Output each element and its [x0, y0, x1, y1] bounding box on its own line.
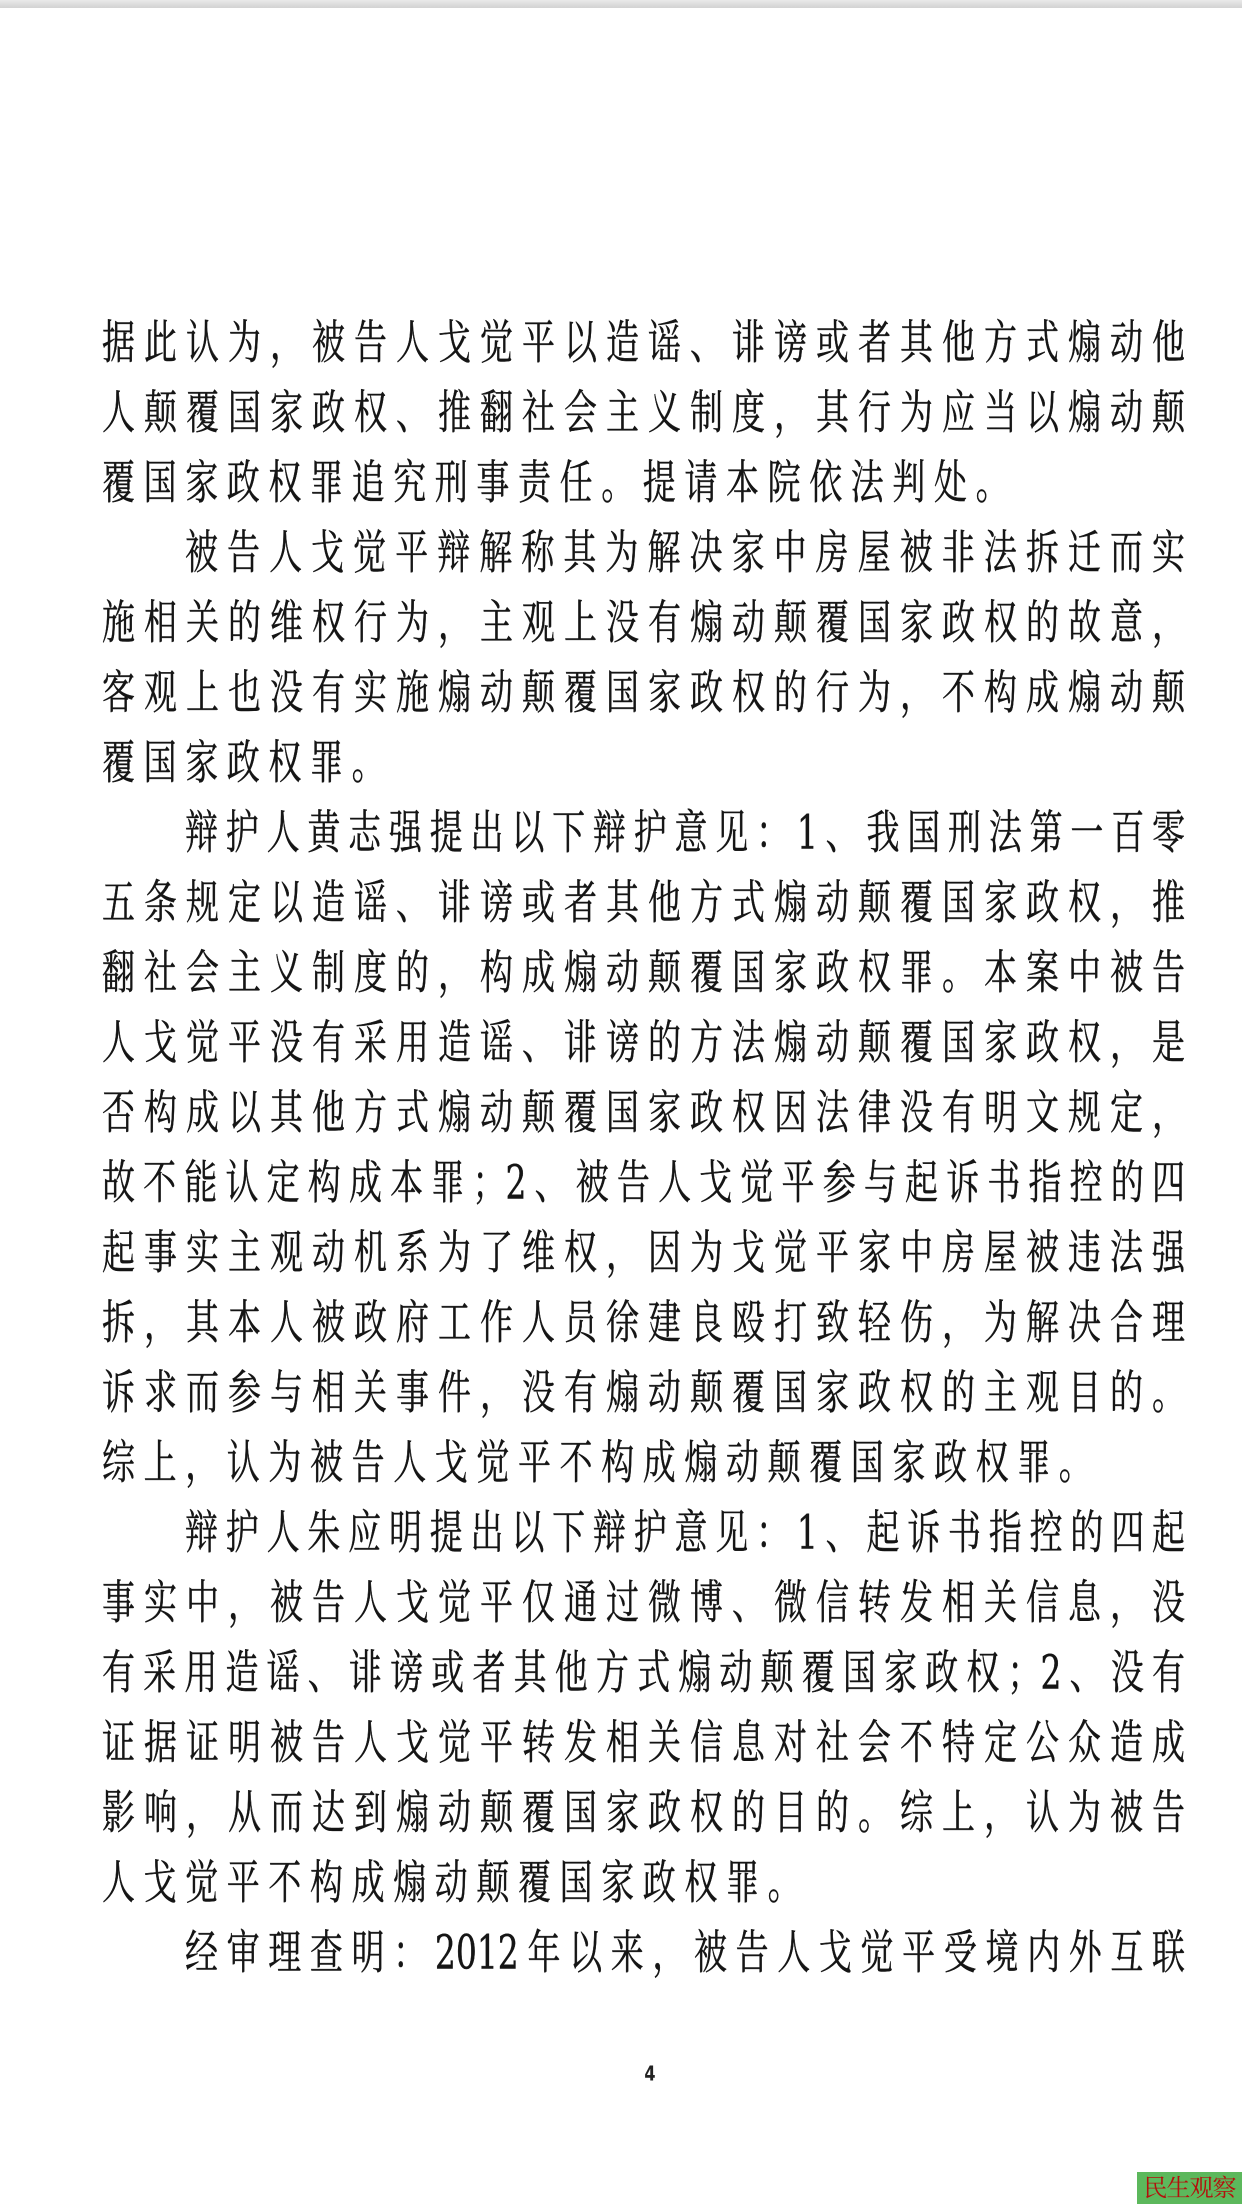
paragraph-defense-huang-line-5: 否构成以其他方式煽动颠覆国家政权因法律没有明文规定，	[102, 1078, 1185, 1149]
paragraph-defense-zhu-line-6: 人戈觉平不构成煽动颠覆国家政权罪。	[102, 1848, 1185, 1919]
paragraph-defendant-line-2: 施相关的维权行为，主观上没有煽动颠覆国家政权的故意，	[102, 588, 1185, 659]
paragraph-defense-huang-line-2: 五条规定以造谣、诽谤或者其他方式煽动颠覆国家政权，推	[102, 868, 1185, 939]
paragraph-defense-huang-line-7: 起事实主观动机系为了维权，因为戈觉平家中房屋被违法强	[102, 1218, 1185, 1289]
paragraph-defense-zhu-line-4: 证据证明被告人戈觉平转发相关信息对社会不特定公众造成	[102, 1708, 1185, 1779]
paragraph-defense-huang-line-8: 拆，其本人被政府工作人员徐建良殴打致轻伤，为解决合理	[102, 1288, 1185, 1359]
paragraph-defense-zhu-line-1: 辩护人朱应明提出以下辩护意见：1、起诉书指控的四起	[185, 1498, 1185, 1569]
paragraph-defendant-line-4: 覆国家政权罪。	[102, 728, 1185, 799]
paragraph-prosecution-line-2: 人颠覆国家政权、推翻社会主义制度，其行为应当以煽动颠	[102, 378, 1185, 449]
paragraph-defense-huang-line-3: 翻社会主义制度的，构成煽动颠覆国家政权罪。本案中被告	[102, 938, 1185, 1009]
page-number: 4	[642, 2062, 658, 2087]
paragraph-defendant-line-3: 客观上也没有实施煽动颠覆国家政权的行为，不构成煽动颠	[102, 658, 1185, 729]
paragraph-defense-huang-line-4: 人戈觉平没有采用造谣、诽谤的方法煽动颠覆国家政权，是	[102, 1008, 1185, 1079]
paragraph-defense-huang-line-1: 辩护人黄志强提出以下辩护意见：1、我国刑法第一百零	[185, 798, 1185, 869]
paragraph-prosecution-line-1: 据此认为，被告人戈觉平以造谣、诽谤或者其他方式煽动他	[102, 308, 1185, 379]
paragraph-findings-line-1: 经审理查明：2012年以来，被告人戈觉平受境内外互联	[185, 1918, 1185, 1989]
paragraph-defense-huang-line-9: 诉求而参与相关事件，没有煽动颠覆国家政权的主观目的。	[102, 1358, 1185, 1429]
paragraph-defense-zhu-line-2: 事实中，被告人戈觉平仅通过微博、微信转发相关信息，没	[102, 1568, 1185, 1639]
paragraph-defense-huang-line-6: 故不能认定构成本罪；2、被告人戈觉平参与起诉书指控的四	[102, 1148, 1185, 1219]
paragraph-defense-zhu-line-5: 影响，从而达到煽动颠覆国家政权的目的。综上，认为被告	[102, 1778, 1185, 1849]
paragraph-prosecution-line-3: 覆国家政权罪追究刑事责任。提请本院依法判处。	[102, 448, 1185, 519]
paragraph-defense-huang-line-10: 综上，认为被告人戈觉平不构成煽动颠覆国家政权罪。	[102, 1428, 1185, 1499]
document-page: 据此认为，被告人戈觉平以造谣、诽谤或者其他方式煽动他 人颠覆国家政权、推翻社会主…	[0, 0, 1242, 2208]
paragraph-defense-zhu-line-3: 有采用造谣、诽谤或者其他方式煽动颠覆国家政权；2、没有	[102, 1638, 1185, 1709]
watermark-badge: 民生观察	[1137, 2172, 1242, 2204]
paragraph-defendant-line-1: 被告人戈觉平辩解称其为解决家中房屋被非法拆迁而实	[185, 518, 1185, 589]
